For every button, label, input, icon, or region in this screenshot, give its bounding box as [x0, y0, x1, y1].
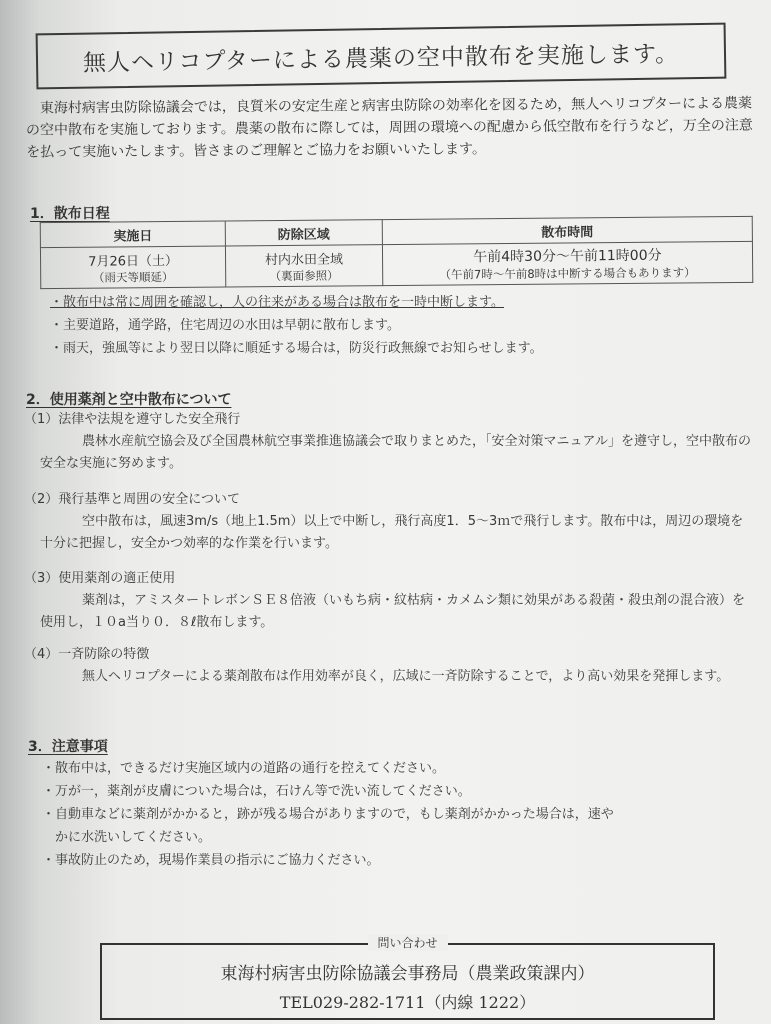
subsection-flight-standards: （2）飛行基準と周囲の安全について 空中散布は，風速3m/s（地上1.5m）以上… — [24, 489, 754, 555]
subsection-title: （1）法律や法規を遵守した安全飛行 — [24, 409, 754, 431]
date-value: 7月26日（土） — [88, 253, 178, 269]
schedule-notes: ・散布中は常に周囲を確認し，人の往来がある場合は散布を一時中断します。 ・主要道… — [50, 291, 543, 360]
notice-document: 無人ヘリコプターによる農薬の空中散布を実施します。 東海村病害虫防除協議会では，… — [0, 0, 771, 1024]
area-note: （裏面参照） — [230, 267, 378, 284]
section-heading-chemicals: 2．使用薬剤と空中散布について — [26, 389, 231, 409]
precaution-item: ・事故防止のため，現場作業員の指示にご協力ください。 — [42, 849, 614, 872]
column-header-area: 防除区域 — [225, 220, 382, 246]
schedule-note: ・主要道路，通学路，住宅周辺の水田は早朝に散布します。 — [50, 314, 543, 337]
subsection-safe-flight: （1）法律や法規を遵守した安全飛行 農林水産航空協会及び全国農林航空事業推進協議… — [24, 409, 754, 475]
section-heading-precautions: 3．注意事項 — [28, 736, 108, 756]
column-header-date: 実施日 — [40, 221, 225, 248]
subsection-body: 空中散布は，風速3m/s（地上1.5m）以上で中断し，飛行高度1．5～3ｍで飛行… — [24, 511, 754, 555]
cell-date: 7月26日（土） （雨天等順延） — [40, 246, 225, 289]
contact-organization: 東海村病害虫防除協議会事務局（農業政策課内） — [102, 959, 713, 984]
title-box: 無人ヘリコプターによる農薬の空中散布を実施します。 — [36, 23, 727, 90]
subsection-title: （4）一斉防除の特徴 — [24, 644, 754, 666]
cell-area: 村内水田全域 （裏面参照） — [226, 245, 383, 287]
column-header-time: 散布時間 — [382, 216, 752, 244]
subsection-body: 無人ヘリコプターによる薬剤散布は作用効率が良く，広域に一斉防除することで，より高… — [24, 666, 754, 688]
section-heading-schedule: 1．散布日程 — [30, 203, 110, 223]
date-note: （雨天等順延） — [45, 268, 221, 286]
contact-box: 問い合わせ 東海村病害虫防除協議会事務局（農業政策課内） TEL029-282-… — [100, 943, 715, 1020]
subsection-title: （3）使用薬剤の適正使用 — [24, 568, 754, 590]
subsection-body: 農林水産航空協会及び全国農林航空事業推進協議会で取りまとめた，「安全対策マニュア… — [24, 431, 754, 475]
precaution-item: ・自動車などに薬剤がかかると，跡が残る場合がありますので，もし薬剤がかかった場合… — [42, 803, 614, 826]
contact-phone: TEL029-282-1711（内線 1222） — [102, 990, 713, 1013]
page-title: 無人ヘリコプターによる農薬の空中散布を実施します。 — [83, 35, 680, 77]
schedule-note: ・雨天，強風等により翌日以降に順延する場合は，防災行政無線でお知らせします。 — [50, 337, 543, 360]
schedule-table: 実施日 防除区域 散布時間 7月26日（土） （雨天等順延） 村内水田全域 （裏… — [40, 216, 754, 289]
cell-time: 午前4時30分～午前11時00分 （午前7時～午前8時は中断する場合もあります） — [382, 241, 753, 285]
precaution-list: ・散布中は，できるだけ実施区域内の道路の通行を控えてください。 ・万が一，薬剤が… — [42, 757, 614, 872]
subsection-joint-control: （4）一斉防除の特徴 無人ヘリコプターによる薬剤散布は作用効率が良く，広域に一斉… — [24, 644, 754, 688]
time-value: 午前4時30分～午前11時00分 — [473, 248, 661, 266]
precaution-item: ・万が一，薬剤が皮膚についた場合は，石けん等で洗い流してください。 — [42, 780, 614, 803]
intro-paragraph: 東海村病害虫防除協議会では，良質米の安定生産と病害虫防除の効率化を図るため，無人… — [26, 92, 756, 163]
schedule-note: ・散布中は常に周囲を確認し，人の往来がある場合は散布を一時中断します。 — [50, 291, 543, 314]
precaution-item: かに水洗いしてください。 — [42, 826, 614, 849]
precaution-item: ・散布中は，できるだけ実施区域内の道路の通行を控えてください。 — [42, 757, 614, 780]
subsection-body: 薬剤は，アミスタートレボンＳＥ８倍液（いもち病・紋枯病・カメムシ類に効果がある殺… — [24, 590, 754, 634]
subsection-title: （2）飛行基準と周囲の安全について — [24, 489, 754, 511]
area-value: 村内水田全域 — [265, 252, 343, 268]
time-note: （午前7時～午前8時は中断する場合もあります） — [387, 264, 748, 283]
contact-legend: 問い合わせ — [367, 934, 447, 951]
subsection-chemical-use: （3）使用薬剤の適正使用 薬剤は，アミスタートレボンＳＥ８倍液（いもち病・紋枯病… — [24, 568, 754, 634]
table-row: 7月26日（土） （雨天等順延） 村内水田全域 （裏面参照） 午前4時30分～午… — [40, 241, 752, 288]
